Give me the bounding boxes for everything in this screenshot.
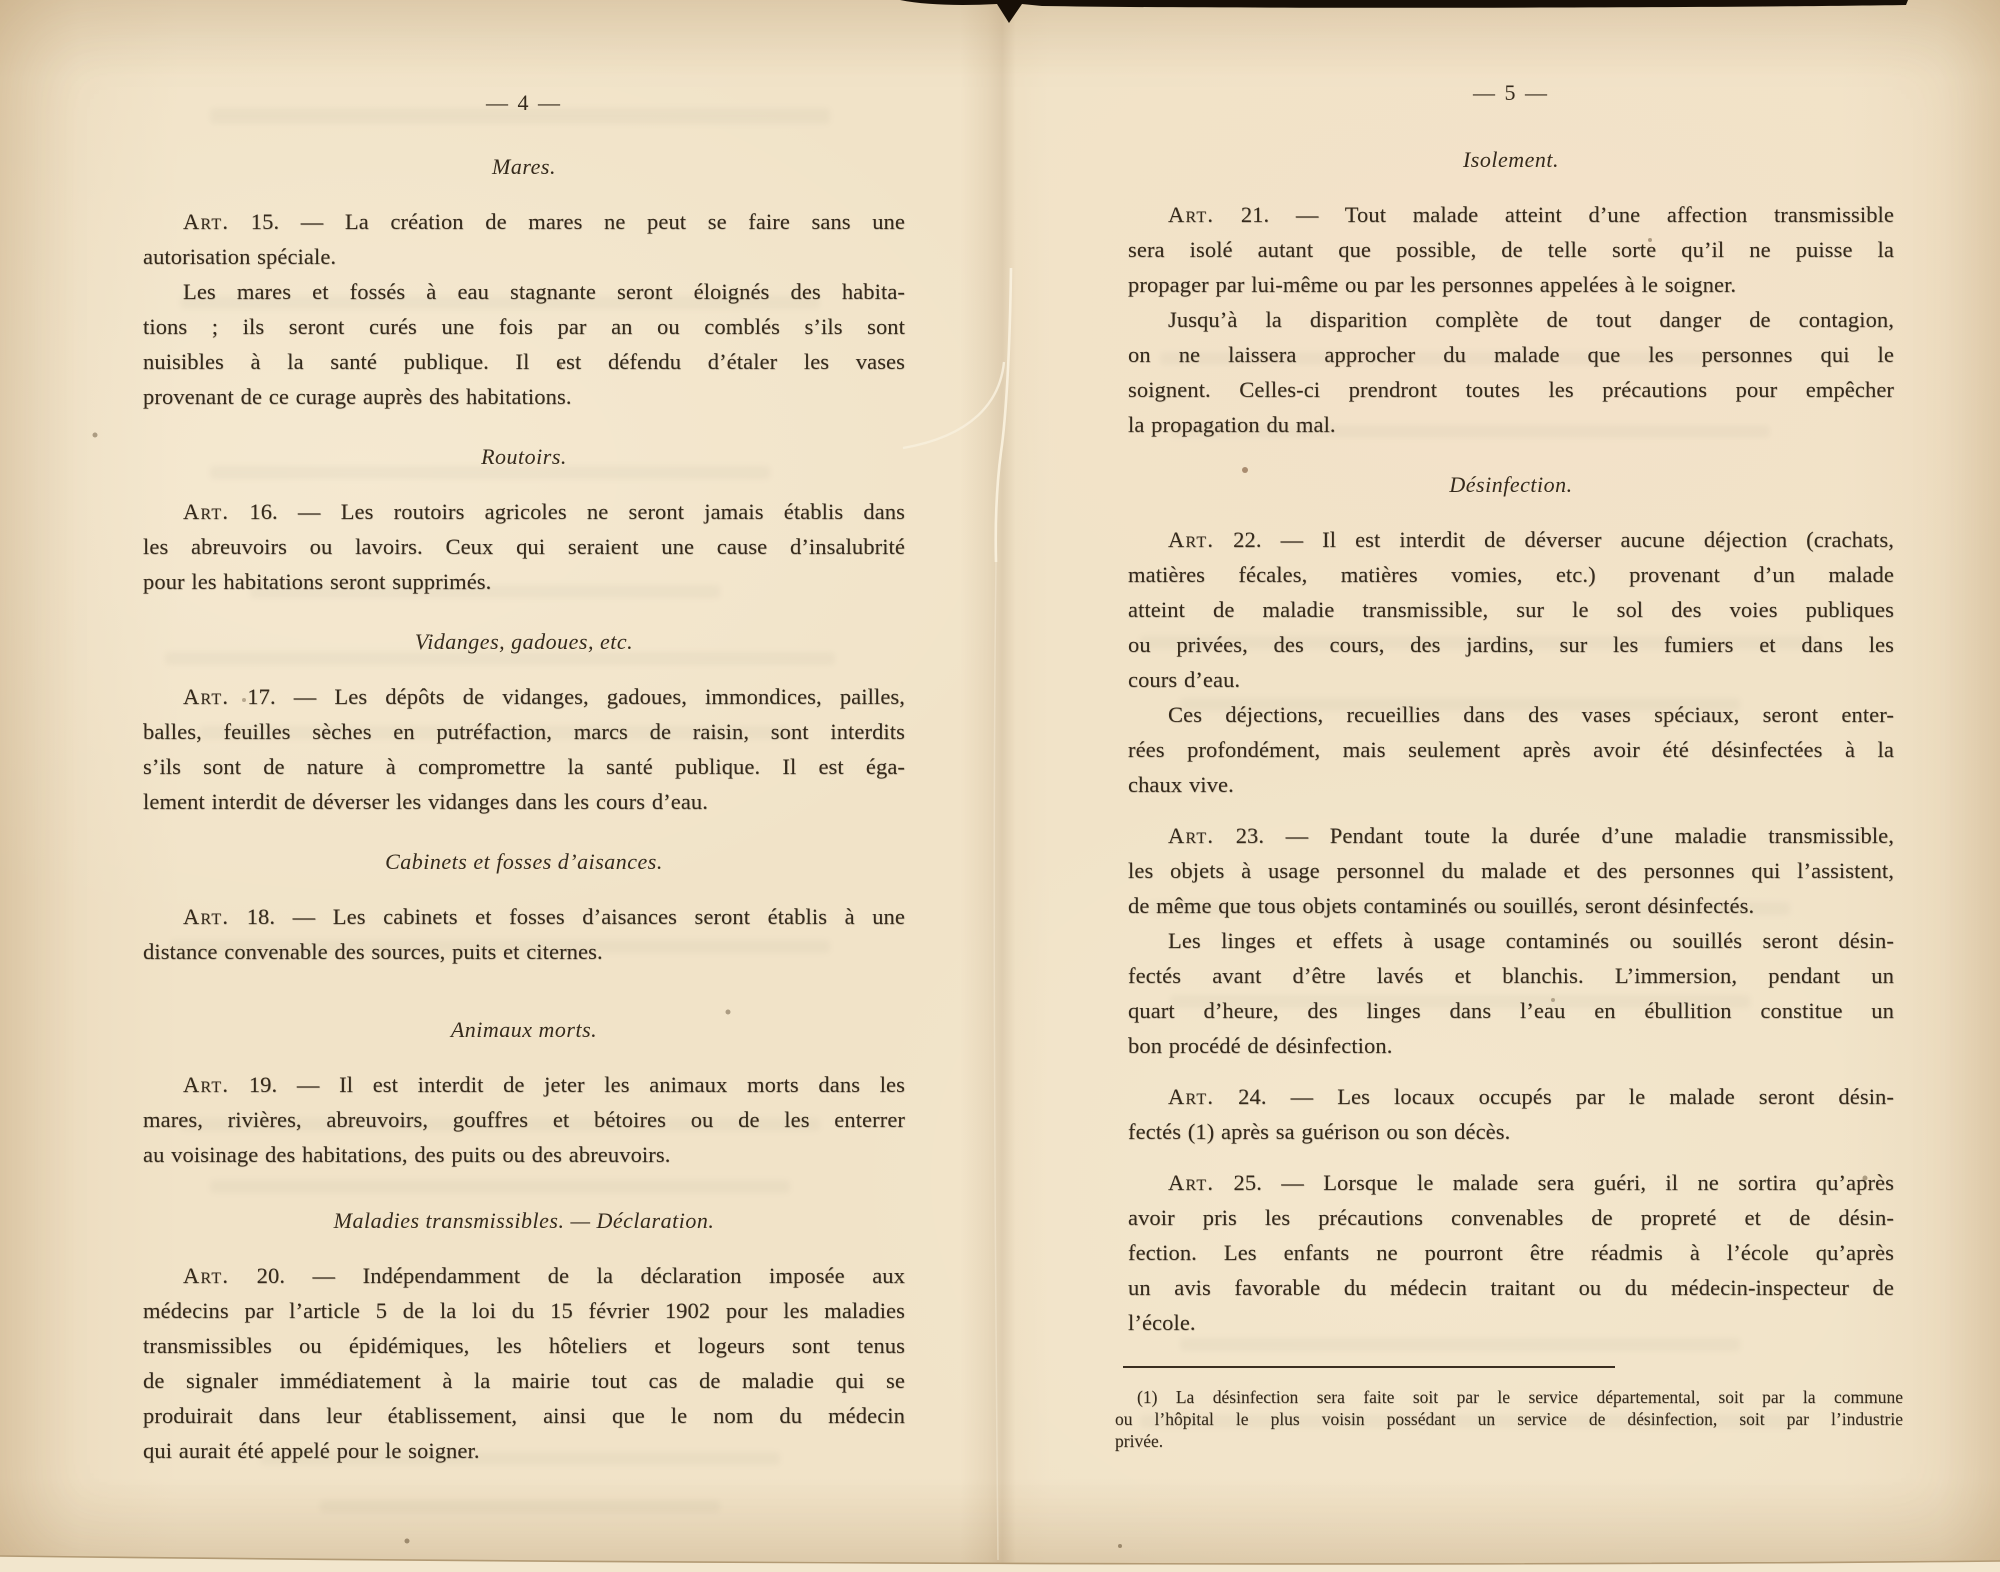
section-heading: Animaux morts.	[143, 1015, 905, 1045]
page-5: — 5 — Isolement.Art. 21. — Tout malade a…	[1128, 0, 1894, 1572]
article-label: Art.	[183, 1263, 229, 1288]
text-line: les objets à usage personnel du malade e…	[1128, 853, 1894, 888]
text-line: balles, feuilles sèches en putréfaction,…	[143, 714, 905, 749]
article-label: Art.	[183, 1072, 229, 1097]
paper-crease	[994, 562, 998, 1560]
text-line: Les linges et effets à usage contaminés …	[1128, 923, 1894, 958]
text-line: on ne laissera approcher du malade que l…	[1128, 337, 1894, 372]
paragraph: Art. 17. — Les dépôts de vidanges, gadou…	[143, 679, 905, 819]
paragraph: Art. 20. — Indépendamment de la déclarat…	[143, 1258, 905, 1468]
paragraph: Ces déjections, recueillies dans des vas…	[1128, 697, 1894, 802]
text-line: fectés (1) après sa guérison ou son décè…	[1128, 1114, 1894, 1149]
section-heading: Mares.	[143, 152, 905, 182]
text-line: Art. 24. — Les locaux occupés par le mal…	[1128, 1079, 1894, 1114]
text-line: tions ; ils seront curés une fois par an…	[143, 309, 905, 344]
footnote-lines: (1) La désinfection sera faite soit par …	[1115, 1386, 1903, 1452]
paragraph: Art. 19. — Il est interdit de jeter les …	[143, 1067, 905, 1172]
paragraph: Art. 21. — Tout malade atteint d’une aff…	[1128, 197, 1894, 302]
paragraph: Les mares et fossés à eau stagnante sero…	[143, 274, 905, 414]
footnote-line: privée.	[1115, 1430, 1903, 1452]
article-label: Art.	[183, 904, 229, 929]
article-label: Art.	[1168, 1084, 1214, 1109]
text-line: fectés avant d’être lavés et blanchis. L…	[1128, 958, 1894, 993]
text-line: qui aurait été appelé pour le soigner.	[143, 1433, 905, 1468]
section-heading: Désinfection.	[1128, 470, 1894, 500]
text-line: chaux vive.	[1128, 767, 1894, 802]
text-line: de même que tous objets contaminés ou so…	[1128, 888, 1894, 923]
paragraph: Art. 24. — Les locaux occupés par le mal…	[1128, 1079, 1894, 1149]
footnote-line: ou l’hôpital le plus voisin possédant un…	[1115, 1408, 1903, 1430]
paragraph: Art. 22. — Il est interdit de déverser a…	[1128, 522, 1894, 697]
text-line: cours d’eau.	[1128, 662, 1894, 697]
text-line: distance convenable des sources, puits e…	[143, 934, 905, 969]
text-line: atteint de maladie transmissible, sur le…	[1128, 592, 1894, 627]
article-label: Art.	[1168, 1170, 1214, 1195]
article-label: Art.	[1168, 823, 1214, 848]
text-line: Art. 22. — Il est interdit de déverser a…	[1128, 522, 1894, 557]
text-line: Art. 18. — Les cabinets et fosses d’aisa…	[143, 899, 905, 934]
paragraph: Les linges et effets à usage contaminés …	[1128, 923, 1894, 1063]
text-line: propager par lui-même ou par les personn…	[1128, 267, 1894, 302]
section-heading: Routoirs.	[143, 442, 905, 472]
text-line: transmissibles ou épidémiques, les hôtel…	[143, 1328, 905, 1363]
text-line: un avis favorable du médecin traitant ou…	[1128, 1270, 1894, 1305]
text-line: Art. 16. — Les routoirs agricoles ne ser…	[143, 494, 905, 529]
text-line: soignent. Celles-ci prendront toutes les…	[1128, 372, 1894, 407]
text-line: la propagation du mal.	[1128, 407, 1894, 442]
article-label: Art.	[183, 209, 229, 234]
text-line: quart d’heure, des linges dans l’eau en …	[1128, 993, 1894, 1028]
text-line: médecins par l’article 5 de la loi du 15…	[143, 1293, 905, 1328]
text-line: bon procédé de désinfection.	[1128, 1028, 1894, 1063]
text-line: lement interdit de déverser les vidanges…	[143, 784, 905, 819]
page-number: — 5 —	[1128, 80, 1894, 106]
article-label: Art.	[1168, 202, 1214, 227]
center-fold-shadow	[960, 0, 1050, 1572]
paragraph: Jusqu’à la disparition complète de tout …	[1128, 302, 1894, 442]
paragraph: Art. 23. — Pendant toute la durée d’une …	[1128, 818, 1894, 923]
page-number: — 4 —	[143, 90, 905, 116]
text-line: Art. 20. — Indépendamment de la déclarat…	[143, 1258, 905, 1293]
text-line: Art. 15. — La création de mares ne peut …	[143, 204, 905, 239]
article-label: Art.	[183, 684, 229, 709]
footnote-line: (1) La désinfection sera faite soit par …	[1115, 1386, 1903, 1408]
text-line: Art. 21. — Tout malade atteint d’une aff…	[1128, 197, 1894, 232]
text-line: pour les habitations seront supprimés.	[143, 564, 905, 599]
paragraph: Art. 18. — Les cabinets et fosses d’aisa…	[143, 899, 905, 969]
page-4: — 4 — Mares.Art. 15. — La création de ma…	[143, 0, 905, 1572]
text-line: les abreuvoirs ou lavoirs. Ceux qui sera…	[143, 529, 905, 564]
text-line: l’école.	[1128, 1305, 1894, 1340]
text-line: Les mares et fossés à eau stagnante sero…	[143, 274, 905, 309]
text-line: Art. 17. — Les dépôts de vidanges, gadou…	[143, 679, 905, 714]
text-line: provenant de ce curage auprès des habita…	[143, 379, 905, 414]
document-scan: — 4 — Mares.Art. 15. — La création de ma…	[0, 0, 2000, 1572]
text-line: s’ils sont de nature à compromettre la s…	[143, 749, 905, 784]
footnote-rule	[1123, 1366, 1615, 1368]
text-line: fection. Les enfants ne pourront être ré…	[1128, 1235, 1894, 1270]
dust-speck	[93, 433, 98, 438]
text-line: ou privées, des cours, des jardins, sur …	[1128, 627, 1894, 662]
text-line: Art. 25. — Lorsque le malade sera guéri,…	[1128, 1165, 1894, 1200]
text-line: produirait dans leur établissement, ains…	[143, 1398, 905, 1433]
article-label: Art.	[1168, 527, 1214, 552]
text-line: de signaler immédiatement à la mairie to…	[143, 1363, 905, 1398]
page-content: Mares.Art. 15. — La création de mares ne…	[143, 124, 905, 1468]
paragraph: Art. 16. — Les routoirs agricoles ne ser…	[143, 494, 905, 599]
text-line: nuisibles à la santé publique. Il est dé…	[143, 344, 905, 379]
section-heading: Maladies transmissibles. — Déclaration.	[143, 1206, 905, 1236]
text-line: Art. 19. — Il est interdit de jeter les …	[143, 1067, 905, 1102]
text-line: au voisinage des habitations, des puits …	[143, 1137, 905, 1172]
text-line: avoir pris les précautions convenables d…	[1128, 1200, 1894, 1235]
text-line: mares, rivières, abreuvoirs, gouffres et…	[143, 1102, 905, 1137]
paragraph: Art. 25. — Lorsque le malade sera guéri,…	[1128, 1165, 1894, 1340]
dust-speck	[1118, 1544, 1122, 1548]
section-heading: Isolement.	[1128, 145, 1894, 175]
paper-crease	[996, 268, 1011, 562]
text-line: rées profondément, mais seulement après …	[1128, 732, 1894, 767]
text-line: matières fécales, matières vomies, etc.)…	[1128, 557, 1894, 592]
footnote: (1) La désinfection sera faite soit par …	[1115, 1366, 1903, 1452]
section-heading: Cabinets et fosses d’aisances.	[143, 847, 905, 877]
paper-crease-branch	[903, 362, 1004, 448]
text-line: Art. 23. — Pendant toute la durée d’une …	[1128, 818, 1894, 853]
text-line: Jusqu’à la disparition complète de tout …	[1128, 302, 1894, 337]
text-line: sera isolé autant que possible, de telle…	[1128, 232, 1894, 267]
text-line: autorisation spéciale.	[143, 239, 905, 274]
section-heading: Vidanges, gadoues, etc.	[143, 627, 905, 657]
paragraph: Art. 15. — La création de mares ne peut …	[143, 204, 905, 274]
page-content: Isolement.Art. 21. — Tout malade atteint…	[1128, 117, 1894, 1340]
article-label: Art.	[183, 499, 229, 524]
text-line: Ces déjections, recueillies dans des vas…	[1128, 697, 1894, 732]
